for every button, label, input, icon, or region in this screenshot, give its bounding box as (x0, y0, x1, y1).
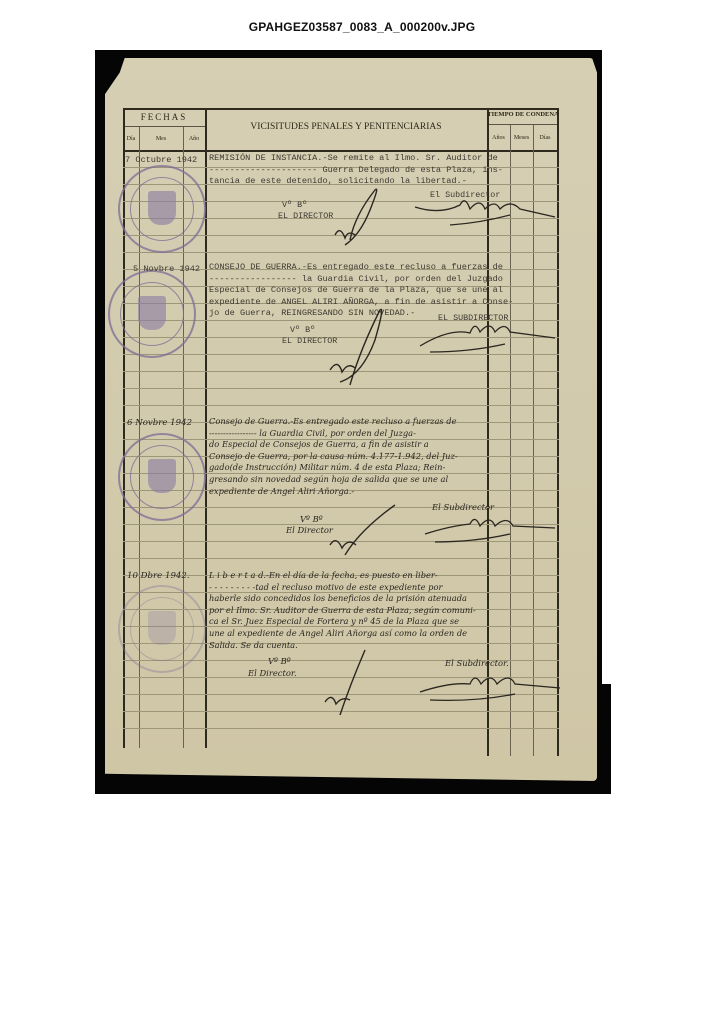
header-mes: Mes (139, 136, 183, 142)
vb-label: Vº Bº (268, 656, 291, 666)
entry-text: L i b e r t a d.-En el día de la fecha, … (209, 570, 476, 651)
coat-of-arms-icon (148, 611, 176, 645)
subdirector-signature-icon (410, 318, 560, 358)
prison-stamp (108, 270, 196, 358)
header-meses: Meses (510, 135, 533, 141)
entry-date: 7 Octubre 1942 (125, 155, 197, 165)
entry-date: 5 Novbre 1942 (133, 264, 200, 274)
subdirector-label: El Subdirector. (445, 658, 509, 668)
header-dias: Días (533, 135, 557, 141)
director-label: El Director. (248, 668, 297, 678)
coat-of-arms-icon (148, 459, 176, 493)
coat-of-arms-icon (138, 296, 166, 330)
prison-stamp (118, 433, 206, 521)
prison-stamp (118, 585, 206, 673)
director-signature-icon (300, 180, 400, 250)
prison-stamp (118, 165, 206, 253)
condena-divider (487, 124, 559, 125)
header-ano: Año (183, 136, 205, 142)
subdirector-signature-icon (410, 195, 560, 235)
table-top-border (123, 108, 559, 110)
director-signature-icon (300, 640, 390, 720)
image-filename: GPAHGEZ03587_0083_A_000200v.JPG (0, 20, 724, 34)
subdirector-signature-icon (415, 512, 560, 547)
scan-margin (602, 50, 611, 684)
subdirector-signature-icon (415, 670, 565, 705)
header-bottom-border (123, 150, 559, 152)
fechas-divider (123, 126, 205, 127)
coat-of-arms-icon (148, 191, 176, 225)
entry-date: 10 Dbre 1942. (127, 571, 190, 581)
header-anos: Años (487, 135, 510, 141)
header-vicisitudes: VICISITUDES PENALES Y PENITENCIARIAS (205, 122, 487, 132)
entry-text: Consejo de Guerra.-Es entregado este rec… (209, 416, 458, 497)
director-signature-icon (300, 300, 400, 390)
header-tiempo-condena: TIEMPO DE CONDENA (487, 111, 559, 118)
header-fechas: FECHAS (123, 112, 205, 122)
director-signature-icon (300, 500, 410, 560)
entry-date: 6 Novbre 1942 (127, 418, 192, 428)
header-dia: Día (123, 136, 139, 142)
subdirector-label: El Subdirector (432, 502, 494, 512)
